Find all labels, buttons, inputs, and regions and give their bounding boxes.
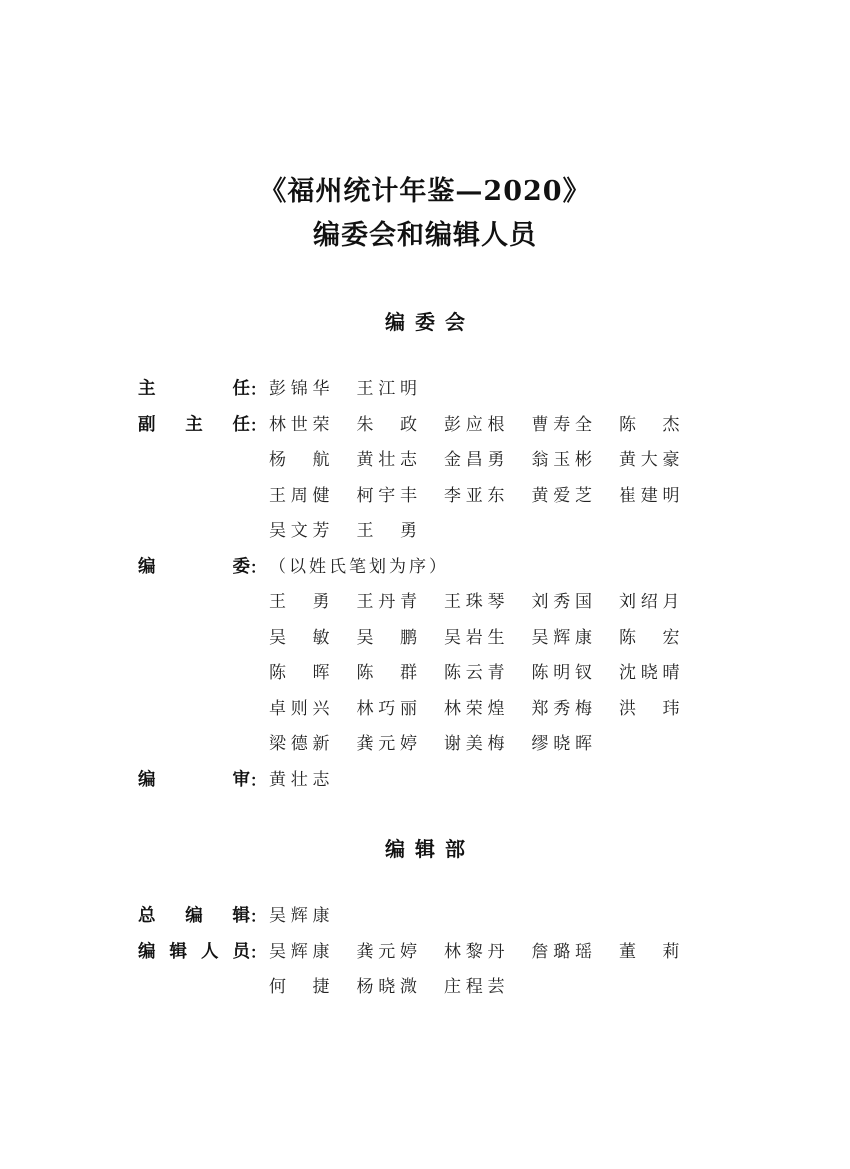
role-label-char: 编 (138, 935, 156, 971)
names-row: 彭锦华王江明 (269, 372, 444, 408)
names-row: 王周健柯宇丰李亚东黄爱芝崔建明 (269, 479, 707, 515)
role-label-char: 任 (233, 372, 251, 408)
person-name: 陈群 (357, 656, 445, 692)
role-label: 副主任 (138, 408, 250, 444)
person-name: 郑秀梅 (532, 692, 620, 728)
role-label-char: 审 (233, 763, 251, 799)
person-name: 吴岩生 (444, 621, 532, 657)
role-label-char: 编 (138, 763, 156, 799)
role-label: 主任 (138, 372, 250, 408)
person-name: 洪玮 (619, 692, 707, 728)
person-name: 吴鹏 (357, 621, 445, 657)
person-name: 龚元婷 (357, 727, 445, 763)
person-name: 王江明 (357, 372, 445, 408)
person-name: 卓则兴 (269, 692, 357, 728)
page-title: 《福州统计年鉴—2020》 编委会和编辑人员 (0, 170, 850, 258)
person-name: 黄大豪 (619, 443, 707, 479)
names-row: 陈晖陈群陈云青陈明钗沈晓晴 (269, 656, 707, 692)
role-row: 王周健柯宇丰李亚东黄爱芝崔建明 (138, 479, 698, 515)
person-name: 陈云青 (444, 656, 532, 692)
person-name: 金昌勇 (444, 443, 532, 479)
role-colon: ： (250, 550, 266, 586)
person-name: 陈晖 (269, 656, 357, 692)
editorial-board-heading: 编委会 (0, 306, 850, 335)
person-name: 黄壮志 (269, 763, 357, 799)
person-name: 朱政 (357, 408, 445, 444)
person-name: 詹璐瑶 (532, 935, 620, 971)
person-name: 吴文芳 (269, 514, 357, 550)
role-row: 杨航黄壮志金昌勇翁玉彬黄大豪 (138, 443, 698, 479)
names-row: 黄壮志 (269, 763, 357, 799)
person-name: 吴辉康 (269, 935, 357, 971)
person-name: 陈明钗 (532, 656, 620, 692)
person-name: 刘秀国 (532, 585, 620, 621)
role-row: 陈晖陈群陈云青陈明钗沈晓晴 (138, 656, 698, 692)
role-row: 编辑人员：吴辉康龚元婷林黎丹詹璐瑶董莉 (138, 935, 698, 971)
role-row: 梁德新龚元婷谢美梅缪晓晖 (138, 727, 698, 763)
person-name: 林世荣 (269, 408, 357, 444)
role-row: 吴敏吴鹏吴岩生吴辉康陈宏 (138, 621, 698, 657)
names-row: 吴文芳王勇 (269, 514, 444, 550)
person-name: 黄壮志 (357, 443, 445, 479)
role-label: 总编辑 (138, 899, 250, 935)
person-name: 吴辉康 (269, 899, 357, 935)
role-colon: ： (250, 935, 266, 971)
person-name: 沈晓晴 (619, 656, 707, 692)
person-name: 梁德新 (269, 727, 357, 763)
role-label-char: 员 (233, 935, 251, 971)
names-row: 杨航黄壮志金昌勇翁玉彬黄大豪 (269, 443, 707, 479)
role-row: 编审：黄壮志 (138, 763, 698, 799)
person-name: 谢美梅 (444, 727, 532, 763)
person-name: 杨航 (269, 443, 357, 479)
person-name: 李亚东 (444, 479, 532, 515)
ordering-note: （以姓氏笔划为序） (269, 550, 449, 586)
names-row: 吴敏吴鹏吴岩生吴辉康陈宏 (269, 621, 707, 657)
role-label-char: 主 (138, 372, 156, 408)
role-row: 王勇王丹青王珠琴刘秀国刘绍月 (138, 585, 698, 621)
person-name: 何捷 (269, 970, 357, 1006)
role-row: 副主任：林世荣朱政彭应根曹寿全陈杰 (138, 408, 698, 444)
person-name: 庄程芸 (444, 970, 532, 1006)
person-name: 崔建明 (619, 479, 707, 515)
person-name: 董莉 (619, 935, 707, 971)
person-name: 柯宇丰 (357, 479, 445, 515)
names-row: 梁德新龚元婷谢美梅缪晓晖 (269, 727, 619, 763)
names-row: 何捷杨晓溦庄程芸 (269, 970, 532, 1006)
names-row: 吴辉康 (269, 899, 357, 935)
person-name: 杨晓溦 (357, 970, 445, 1006)
role-row: 编委：（以姓氏笔划为序） (138, 550, 698, 586)
person-name: 吴辉康 (532, 621, 620, 657)
person-name: 王勇 (357, 514, 445, 550)
person-name: 曹寿全 (532, 408, 620, 444)
role-label: 编委 (138, 550, 250, 586)
title-line-2: 编委会和编辑人员 (0, 214, 850, 258)
person-name: 王勇 (269, 585, 357, 621)
person-name: 陈杰 (619, 408, 707, 444)
person-name: 刘绍月 (619, 585, 707, 621)
person-name: 黄爱芝 (532, 479, 620, 515)
person-name: 王丹青 (357, 585, 445, 621)
editorial-board-list: 主任：彭锦华王江明副主任：林世荣朱政彭应根曹寿全陈杰杨航黄壮志金昌勇翁玉彬黄大豪… (138, 372, 698, 798)
person-name: 翁玉彬 (532, 443, 620, 479)
role-colon: ： (250, 763, 266, 799)
title-line-1: 《福州统计年鉴—2020》 (0, 170, 850, 214)
role-label-char: 编 (138, 550, 156, 586)
role-row: 何捷杨晓溦庄程芸 (138, 970, 698, 1006)
role-label-char: 编 (185, 899, 203, 935)
person-name: 王周健 (269, 479, 357, 515)
editorial-department-list: 总编辑：吴辉康编辑人员：吴辉康龚元婷林黎丹詹璐瑶董莉何捷杨晓溦庄程芸 (138, 899, 698, 1006)
role-row: 总编辑：吴辉康 (138, 899, 698, 935)
role-row: 吴文芳王勇 (138, 514, 698, 550)
editorial-department-heading: 编辑部 (0, 833, 850, 862)
person-name: 陈宏 (619, 621, 707, 657)
role-label: 编审 (138, 763, 250, 799)
person-name: 林荣煌 (444, 692, 532, 728)
person-name: 彭锦华 (269, 372, 357, 408)
person-name: 龚元婷 (357, 935, 445, 971)
role-label-char: 副 (138, 408, 156, 444)
names-row: 吴辉康龚元婷林黎丹詹璐瑶董莉 (269, 935, 707, 971)
role-label-char: 总 (138, 899, 156, 935)
role-colon: ： (250, 372, 266, 408)
person-name: 王珠琴 (444, 585, 532, 621)
person-name: 林黎丹 (444, 935, 532, 971)
names-row: 王勇王丹青王珠琴刘秀国刘绍月 (269, 585, 707, 621)
person-name: 彭应根 (444, 408, 532, 444)
names-row: 卓则兴林巧丽林荣煌郑秀梅洪玮 (269, 692, 707, 728)
person-name: 吴敏 (269, 621, 357, 657)
person-name: 缪晓晖 (532, 727, 620, 763)
role-label: 编辑人员 (138, 935, 250, 971)
role-label-char: 委 (233, 550, 251, 586)
role-label-char: 人 (201, 935, 219, 971)
role-row: 卓则兴林巧丽林荣煌郑秀梅洪玮 (138, 692, 698, 728)
role-colon: ： (250, 408, 266, 444)
names-row: 林世荣朱政彭应根曹寿全陈杰 (269, 408, 707, 444)
role-label-char: 辑 (170, 935, 188, 971)
role-colon: ： (250, 899, 266, 935)
role-label-char: 主 (185, 408, 203, 444)
role-row: 主任：彭锦华王江明 (138, 372, 698, 408)
person-name: 林巧丽 (357, 692, 445, 728)
role-label-char: 辑 (233, 899, 251, 935)
role-label-char: 任 (233, 408, 251, 444)
